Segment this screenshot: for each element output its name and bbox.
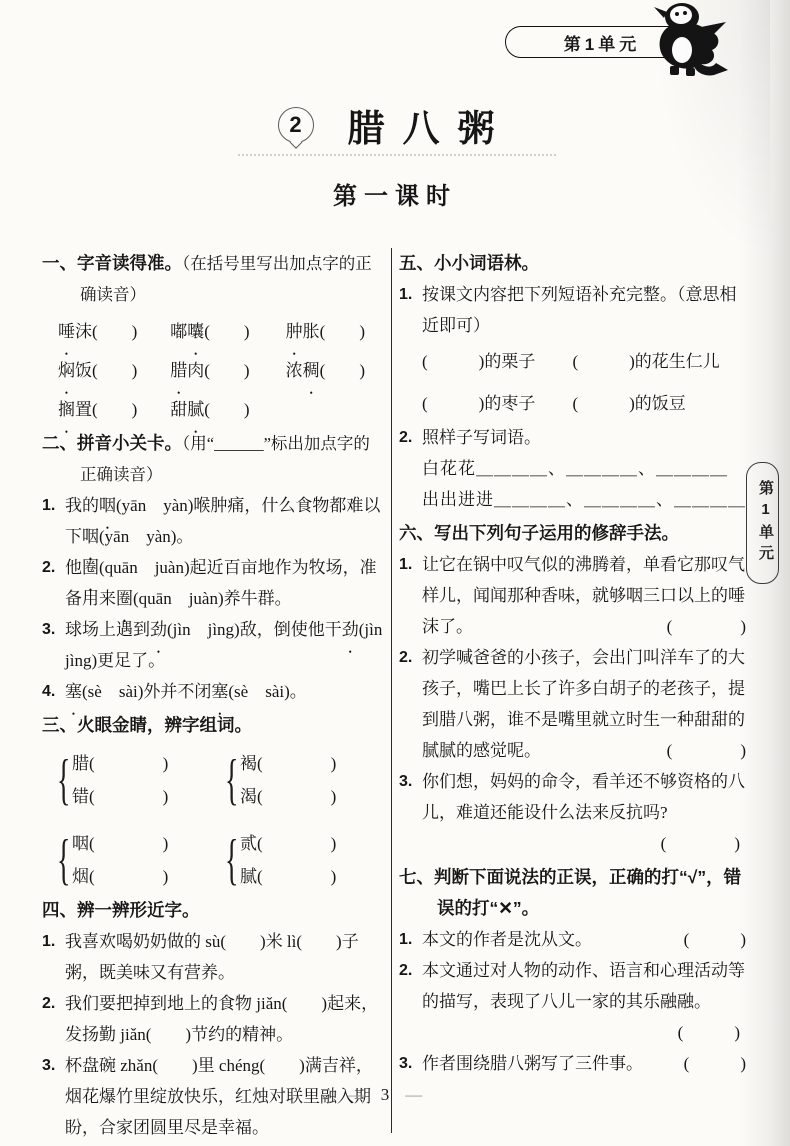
pair-top: 褐( ) (240, 748, 336, 779)
footer-dash-right: — (405, 1085, 422, 1104)
word-pattern-line: 白花花＿＿＿＿、＿＿＿＿、＿＿＿＿ (422, 453, 750, 484)
exercise-item: 1. 本文的作者是沈从文。 ( ) (399, 924, 750, 955)
item-text: 球场上遇到劲(jìn jìng)敌，倒使他干劲(jìn jìng)更足了。 (65, 614, 384, 676)
exercise-item: 2. 初学喊爸爸的小孩子，会出门叫洋车了的大孩子，嘴巴上长了许多白胡子的老孩子，… (399, 642, 750, 766)
pair-bottom: 错( ) (72, 781, 168, 812)
exercise-item: 1. 让它在锅中叹气似的沸腾着，单看它那叹气样儿，闻闻那种香味，就够咽三口以上的… (399, 549, 750, 642)
item-text: 照样子写词语。 (422, 422, 750, 453)
answer-blank: ( ) (667, 611, 750, 642)
exercise-item: 2. 我们要把掉到地上的食物 jiǎn( )起来，发扬勤 jiǎn( )节约的精… (42, 988, 384, 1050)
word-item: 肿胀( ) (286, 316, 384, 347)
lesson-title-row: 2 腊八粥 (0, 98, 790, 152)
item-text: 你们想，妈妈的命令，看羊还不够资格的八儿，难道还能设什么法来反抗吗? ( ) (422, 766, 750, 859)
pair-top: 腊( ) (72, 748, 168, 779)
exercise-item: 3. 球场上遇到劲(jìn jìng)敌，倒使他干劲(jìn jìng)更足了。 (42, 614, 384, 676)
item-text: 本文通过对人物的动作、语言和心理活动等的描写，表现了八儿一家的其乐融融。 ( ) (422, 955, 750, 1048)
item-text: 我的咽(yān yàn)喉肿痛，什么食物都难以下咽(yān yàn)。 (65, 490, 384, 552)
item-number: 1. (399, 279, 422, 422)
brace-glyph: { (225, 832, 235, 888)
item-number: 3. (399, 766, 422, 859)
answer-blank: ( ) (422, 828, 750, 859)
char-pair: { 褐( ) 渴( ) (220, 748, 384, 812)
answer-blank: ( ) (684, 924, 750, 955)
item-number: 1. (42, 926, 65, 988)
pair-top: 贰( ) (240, 828, 336, 859)
pair-bottom: 腻( ) (240, 861, 336, 892)
exercise-item: 2. 照样子写词语。 白花花＿＿＿＿、＿＿＿＿、＿＿＿＿ 出出进进＿＿＿＿、＿＿… (399, 422, 750, 515)
phrase-blank: ( )的花生仁儿 (572, 346, 750, 377)
phrase-blank-grid: ( )的栗子 ( )的花生仁儿 ( )的枣子 ( )的饭豆 (422, 346, 750, 419)
exercise-item: 2. 本文通过对人物的动作、语言和心理活动等的描写，表现了八儿一家的其乐融融。 … (399, 955, 750, 1048)
exercise-item: 1. 按课文内容把下列短语补充完整。（意思相近即可） ( )的栗子 ( )的花生… (399, 279, 750, 422)
section-1-pronunciation: 一、字音读得准。（在括号里写出加点字的正确读音） 唾沫( ) 嘟囔( ) 肿胀(… (42, 248, 384, 425)
item-text: 他圈(quān juàn)起近百亩地作为牧场，准备用来圈(quān juàn)养… (65, 552, 384, 614)
brace-glyph: { (57, 752, 67, 808)
section-2-heading: 二、拼音小关卡。 (42, 433, 182, 453)
item-number: 2. (399, 642, 422, 766)
section-4-similar-chars: 四、辨一辨形近字。 1. 我喜欢喝奶奶做的 sù( )米 lì( )子粥，既美味… (42, 895, 384, 1143)
pair-grid: { 腊( ) 错( ) { 褐( ) 渴( ) (42, 748, 384, 892)
right-column: 五、小小词语林。 1. 按课文内容把下列短语补充完整。（意思相近即可） ( )的… (399, 246, 750, 1143)
dragon-icon (640, 2, 732, 82)
word-grid: 唾沫( ) 嘟囔( ) 肿胀( ) 焖饭( ) 腊肉( ) 浓稠( ) 搁置( … (42, 316, 384, 425)
column-divider (391, 248, 392, 1133)
item-text: 初学喊爸爸的小孩子，会出门叫洋车了的大孩子，嘴巴上长了许多白胡子的老孩子，提到腊… (422, 642, 750, 766)
answer-blank: ( ) (667, 735, 750, 766)
left-column: 一、字音读得准。（在括号里写出加点字的正确读音） 唾沫( ) 嘟囔( ) 肿胀(… (42, 246, 384, 1143)
pair-bottom: 烟( ) (72, 861, 168, 892)
footer-dash-left: — (348, 1085, 365, 1104)
sentence-text: 本文的作者是沈从文。 (422, 930, 592, 949)
answer-blank: ( ) (422, 1017, 750, 1048)
section-7-true-false: 七、判断下面说法的正误，正确的打“√”，错误的打“✕”。 1. 本文的作者是沈从… (399, 862, 750, 1079)
item-number: 2. (42, 988, 65, 1050)
section-2-pinyin: 二、拼音小关卡。（用“______”标出加点字的正确读音） 1. 我的咽(yān… (42, 428, 384, 707)
lesson-title: 腊八粥 (348, 98, 513, 152)
item-text: 按课文内容把下列短语补充完整。（意思相近即可） (422, 279, 750, 341)
item-number: 3. (42, 614, 65, 676)
item-number: 2. (399, 422, 422, 515)
section-5-words: 五、小小词语林。 1. 按课文内容把下列短语补充完整。（意思相近即可） ( )的… (399, 248, 750, 515)
exercise-item: 3. 作者围绕腊八粥写了三件事。 ( ) (399, 1048, 750, 1079)
worksheet-page: 第1单元 2 腊八粥 第一课时 一、字音读得准。（在括号里写出加点字的正确读音） (0, 0, 790, 1146)
item-number: 2. (399, 955, 422, 1048)
exercise-item: 3. 你们想，妈妈的命令，看羊还不够资格的八儿，难道还能设什么法来反抗吗? ( … (399, 766, 750, 859)
item-number: 4. (42, 676, 65, 707)
section-4-heading: 四、辨一辨形近字。 (42, 900, 200, 920)
phrase-blank: ( )的枣子 (422, 388, 572, 419)
item-text: 我们要把掉到地上的食物 jiǎn( )起来，发扬勤 jiǎn( )节约的精神。 (65, 988, 384, 1050)
pair-bottom: 渴( ) (240, 781, 336, 812)
side-unit-tab: 第1单元 (746, 462, 779, 584)
section-1-heading: 一、字音读得准。 (42, 253, 182, 273)
item-text: 本文的作者是沈从文。 ( ) (422, 924, 750, 955)
content-columns: 一、字音读得准。（在括号里写出加点字的正确读音） 唾沫( ) 嘟囔( ) 肿胀(… (42, 246, 750, 1143)
word-item: 甜腻( ) (170, 394, 285, 425)
pair-top: 咽( ) (72, 828, 168, 859)
char-pair: { 咽( ) 烟( ) (52, 828, 216, 892)
exercise-item: 1. 我喜欢喝奶奶做的 sù( )米 lì( )子粥，既美味又有营养。 (42, 926, 384, 988)
item-text: 让它在锅中叹气似的沸腾着，单看它那叹气样儿，闻闻那种香味，就够咽三口以上的唾沫了… (422, 549, 750, 642)
section-3-distinguish: 三、火眼金睛，辨字组词。 { 腊( ) 错( ) { 褐( ) (42, 710, 384, 892)
lesson-number: 2 (289, 112, 301, 138)
unit-badge-label: 第1单元 (564, 30, 640, 55)
sentence-text: 本文通过对人物的动作、语言和心理活动等的描写，表现了八儿一家的其乐融融。 (422, 961, 745, 1011)
item-number: 2. (42, 552, 65, 614)
page-number: 3 (381, 1085, 390, 1104)
item-text: 塞(sè sài)外并不闭塞(sè sài)。 (65, 676, 384, 707)
item-number: 1. (399, 924, 422, 955)
char-pair: { 腊( ) 错( ) (52, 748, 216, 812)
exercise-item: 4. 塞(sè sài)外并不闭塞(sè sài)。 (42, 676, 384, 707)
word-item: 焖饭( ) (58, 355, 170, 386)
item-number: 3. (399, 1048, 422, 1079)
exercise-item: 1. 我的咽(yān yàn)喉肿痛，什么食物都难以下咽(yān yàn)。 (42, 490, 384, 552)
section-7-heading: 七、判断下面说法的正误，正确的打“√”，错误的打“✕”。 (399, 867, 741, 918)
lesson-number-bubble: 2 (278, 107, 314, 143)
char-pair: { 贰( ) 腻( ) (220, 828, 384, 892)
word-pattern-line: 出出进进＿＿＿＿、＿＿＿＿、＿＿＿＿ (422, 484, 750, 515)
section-6-rhetoric: 六、写出下列句子运用的修辞手法。 1. 让它在锅中叹气似的沸腾着，单看它那叹气样… (399, 518, 750, 859)
word-item: 唾沫( ) (58, 316, 170, 347)
section-5-heading: 五、小小词语林。 (399, 253, 539, 273)
title-dotted-rule (238, 154, 556, 156)
page-footer: —3— (0, 1085, 770, 1105)
word-item: 嘟囔( ) (170, 316, 285, 347)
section-6-heading: 六、写出下列句子运用的修辞手法。 (399, 523, 679, 543)
lesson-subtitle: 第一课时 (0, 176, 790, 211)
phrase-blank: ( )的饭豆 (572, 388, 750, 419)
sentence-text: 作者围绕腊八粥写了三件事。 (422, 1054, 643, 1073)
word-item: 浓稠( ) (286, 355, 384, 386)
phrase-blank: ( )的栗子 (422, 346, 572, 377)
sentence-text: 你们想，妈妈的命令，看羊还不够资格的八儿，难道还能设什么法来反抗吗? (422, 772, 745, 822)
answer-blank: ( ) (684, 1048, 750, 1079)
word-item: 腊肉( ) (170, 355, 285, 386)
brace-glyph: { (225, 752, 235, 808)
exercise-item: 2. 他圈(quān juàn)起近百亩地作为牧场，准备用来圈(quān juà… (42, 552, 384, 614)
item-number: 1. (399, 549, 422, 642)
word-item: 搁置( ) (58, 394, 170, 425)
item-number: 1. (42, 490, 65, 552)
brace-glyph: { (57, 832, 67, 888)
item-text: 作者围绕腊八粥写了三件事。 ( ) (422, 1048, 750, 1079)
item-text: 我喜欢喝奶奶做的 sù( )米 lì( )子粥，既美味又有营养。 (65, 926, 384, 988)
